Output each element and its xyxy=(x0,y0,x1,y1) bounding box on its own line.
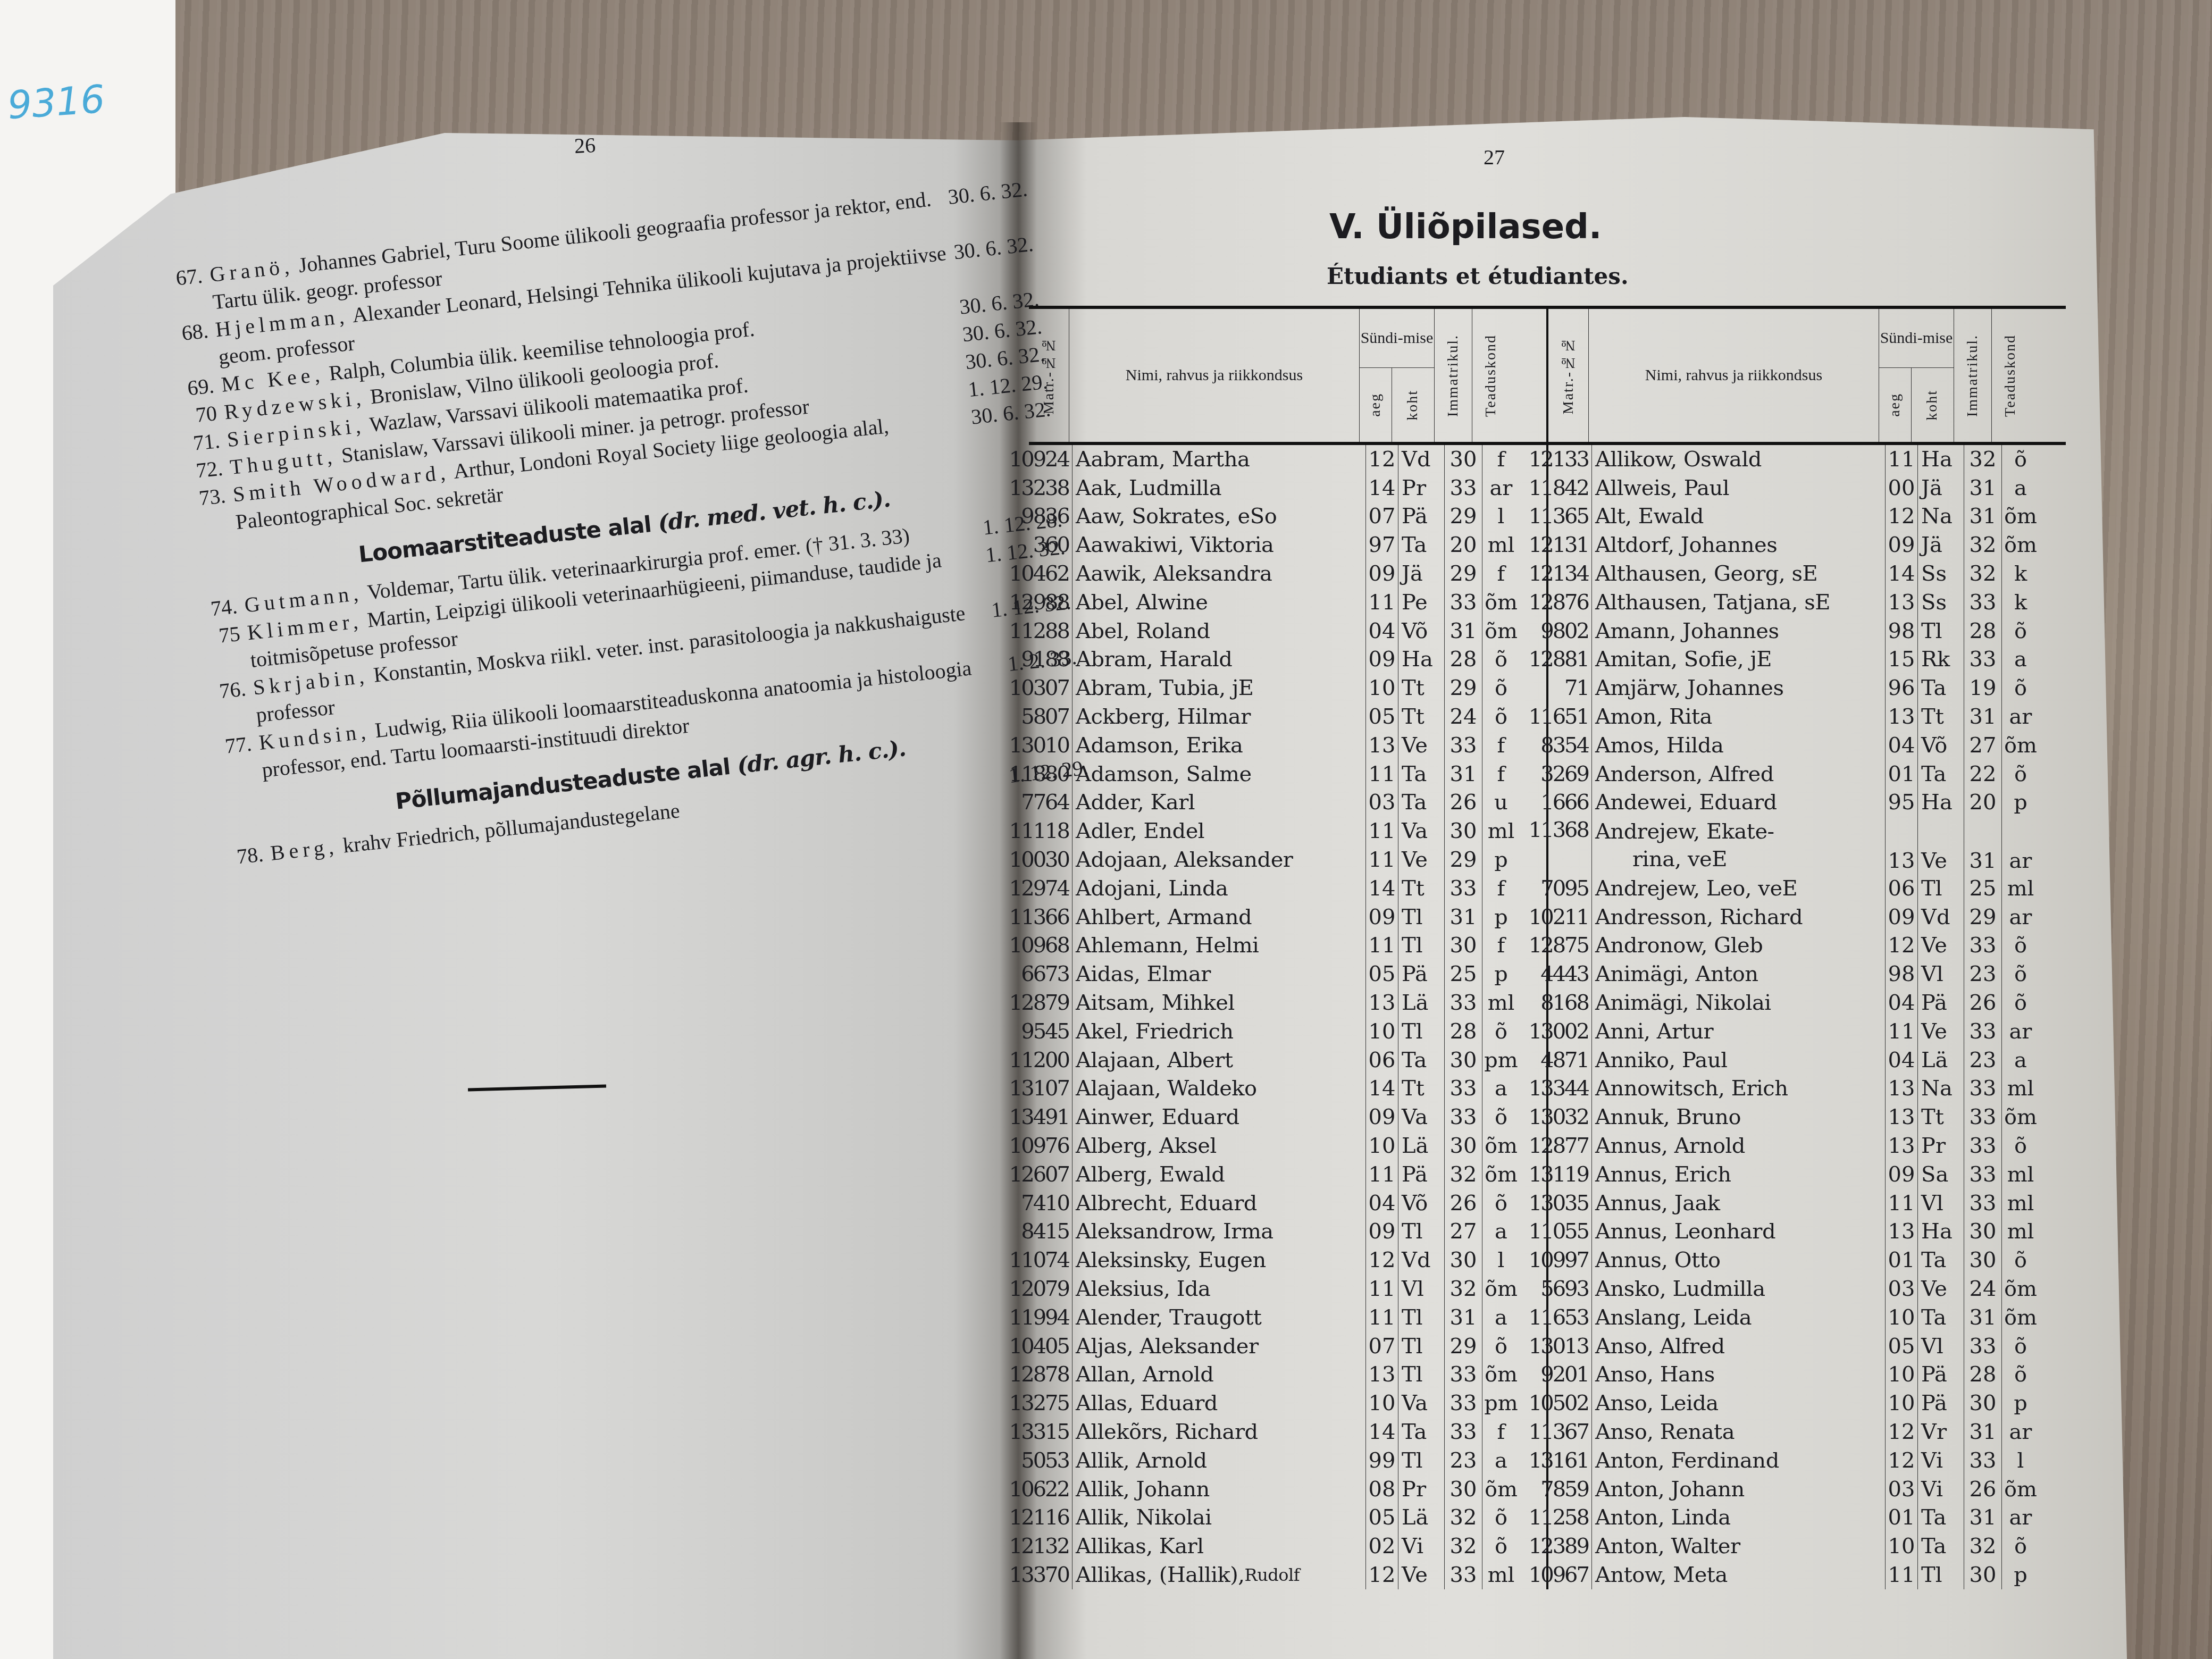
table-body: 10924Aabram, Martha12Vd30f13238Aak, Ludm… xyxy=(1029,445,2066,1589)
cell-name: Allik, Nikolai xyxy=(1073,1503,1366,1532)
cell-name: Andewei, Eduard xyxy=(1592,789,1886,817)
table-row: 11842Allweis, Paul00Jä31a xyxy=(1548,474,2066,502)
cell-faculty: õm xyxy=(2002,531,2039,559)
cell-birth-place: Va xyxy=(1398,1103,1445,1132)
cell-name: Amann, Johannes xyxy=(1592,617,1886,646)
cell-birth-place: Lä xyxy=(1398,988,1445,1017)
cell-birth-year: 99 xyxy=(1366,1446,1398,1475)
cell-immatriculation: 29 xyxy=(1445,674,1482,702)
cell-matr-number: 12132 xyxy=(1029,1532,1073,1561)
cell-birth-place: Vl xyxy=(1918,1189,1964,1218)
cell-faculty: õm xyxy=(2002,1303,2039,1332)
cell-immatriculation: 33 xyxy=(1445,988,1482,1017)
cell-immatriculation: 30 xyxy=(1445,445,1482,474)
cell-immatriculation: 27 xyxy=(1445,1218,1482,1246)
cell-name: Altdorf, Johannes xyxy=(1592,531,1886,559)
table-row: 12079Aleksius, Ida11Vl32õm xyxy=(1029,1275,1546,1303)
cell-faculty: ar xyxy=(2002,702,2039,731)
name-text: Akel, Friedrich xyxy=(1076,1019,1234,1044)
cell-faculty: f xyxy=(1482,559,1520,588)
cell-matr-number: 13275 xyxy=(1029,1389,1073,1418)
table-row: 12116Allik, Nikolai05Lä32õ xyxy=(1029,1503,1546,1532)
cell-birth-place: Vd xyxy=(1398,1246,1445,1275)
cell-immatriculation: 30 xyxy=(1964,1246,2002,1275)
name-text: Aak, Ludmilla xyxy=(1076,476,1221,500)
table-row: 12131Altdorf, Johannes09Jä32õm xyxy=(1548,531,2066,559)
name-text: Anso, Leida xyxy=(1595,1391,1719,1415)
name-text: Allik, Arnold xyxy=(1076,1448,1207,1473)
cell-birth-year: 10 xyxy=(1886,1303,1918,1332)
cell-birth-place: Võ xyxy=(1398,617,1445,646)
cell-faculty: p xyxy=(1482,960,1520,988)
cell-birth-year: 13 xyxy=(1886,1075,1918,1103)
name-text: Allan, Arnold xyxy=(1076,1362,1213,1387)
left-page-content: 67.Granö, Johannes Gabriel, Turu Soome ü… xyxy=(154,128,1090,873)
cell-faculty: ar xyxy=(2002,1503,2039,1532)
cell-name: Allikas, (Hallik), Rudolf xyxy=(1073,1561,1366,1589)
cell-birth-place: Ha xyxy=(1918,445,1964,474)
cell-faculty: f xyxy=(1482,445,1520,474)
cell-matr-number: 12875 xyxy=(1548,932,1592,960)
cell-immatriculation: 30 xyxy=(1445,1132,1482,1160)
cell-name: Animägi, Nikolai xyxy=(1592,988,1886,1017)
name-text: Anton, Ferdinand xyxy=(1595,1448,1779,1473)
table-row: 13275Allas, Eduard10Va33pm xyxy=(1029,1389,1546,1418)
cell-matr-number: 12877 xyxy=(1548,1132,1592,1160)
cell-matr-number: 9201 xyxy=(1548,1361,1592,1389)
cell-name: Abel, Roland xyxy=(1073,617,1366,646)
cell-name: Anslang, Leida xyxy=(1592,1303,1886,1332)
cell-immatriculation: 31 xyxy=(1445,903,1482,932)
cell-birth-place: Jä xyxy=(1918,531,1964,559)
cell-birth-year: 14 xyxy=(1366,874,1398,903)
header-immatrikul: Immatrikul. xyxy=(1435,309,1472,442)
name-first-small: Rudolf xyxy=(1245,1565,1300,1585)
cell-birth-year: 05 xyxy=(1366,960,1398,988)
name-text: Andronow, Gleb xyxy=(1595,933,1763,958)
cell-faculty: õ xyxy=(1482,1332,1520,1361)
header-name: Nimi, rahvus ja riikkondsus xyxy=(1069,309,1360,442)
cell-birth-place: Pä xyxy=(1918,1361,1964,1389)
cell-matr-number: 12116 xyxy=(1029,1503,1073,1532)
name-text: Ahlbert, Armand xyxy=(1076,905,1252,929)
table-row: 13119Annus, Erich09Sa33ml xyxy=(1548,1160,2066,1189)
table-row: 12133Allikow, Oswald11Ha32õ xyxy=(1548,445,2066,474)
name-text: Alberg, Aksel xyxy=(1076,1134,1217,1158)
cell-matr-number: 12131 xyxy=(1548,531,1592,559)
cell-immatriculation: 25 xyxy=(1445,960,1482,988)
name-text: Andrejew, Leo, veE xyxy=(1595,876,1797,901)
cell-matr-number: 12974 xyxy=(1029,874,1073,903)
cell-birth-year: 09 xyxy=(1366,1218,1398,1246)
cell-birth-place: Lä xyxy=(1398,1132,1445,1160)
cell-matr-number: 9188 xyxy=(1029,646,1073,674)
cell-matr-number: 11367 xyxy=(1548,1418,1592,1446)
cell-immatriculation: 29 xyxy=(1445,559,1482,588)
cell-birth-place: Ta xyxy=(1398,789,1445,817)
header-teaduskond: Teaduskond xyxy=(1992,309,2029,442)
cell-matr-number: 71 xyxy=(1548,674,1592,702)
cell-birth-place: Tt xyxy=(1918,702,1964,731)
cell-immatriculation: 31 xyxy=(1445,617,1482,646)
table-row: 5693Ansko, Ludmilla03Ve24õm xyxy=(1548,1275,2066,1303)
cell-faculty: õ xyxy=(2002,932,2039,960)
cell-immatriculation: 33 xyxy=(1964,932,2002,960)
cell-name: Aidas, Elmar xyxy=(1073,960,1366,988)
table-row: 12875Andronow, Gleb12Ve33õ xyxy=(1548,932,2066,960)
cell-matr-number: 13491 xyxy=(1029,1103,1073,1132)
cell-birth-year: 04 xyxy=(1366,617,1398,646)
cell-immatriculation: 26 xyxy=(1964,1475,2002,1504)
cell-faculty: ml xyxy=(2002,874,2039,903)
header-teaduskond: Teaduskond xyxy=(1472,309,1510,442)
cell-birth-place: Lä xyxy=(1398,1503,1445,1532)
right-page-number: 27 xyxy=(1484,145,1505,170)
name-text: Anslang, Leida xyxy=(1595,1305,1752,1330)
cell-name: Anso, Leida xyxy=(1592,1389,1886,1418)
cell-birth-year: 14 xyxy=(1366,474,1398,502)
cell-immatriculation: 33 xyxy=(1445,1075,1482,1103)
cell-matr-number: 11653 xyxy=(1548,1303,1592,1332)
cell-birth-place: Sa xyxy=(1918,1160,1964,1189)
name-text: Alajaan, Albert xyxy=(1076,1048,1233,1073)
cell-faculty: õ xyxy=(2002,1246,2039,1275)
name-text: Abram, Harald xyxy=(1076,647,1232,672)
entry-number: 77. xyxy=(208,729,261,762)
cell-name: Amitan, Sofie, jE xyxy=(1592,646,1886,674)
cell-birth-place: Tt xyxy=(1398,1075,1445,1103)
name-text: Annowitsch, Erich xyxy=(1595,1076,1788,1101)
cell-faculty: p xyxy=(2002,1389,2039,1418)
cell-name: Aitsam, Mihkel xyxy=(1073,988,1366,1017)
cell-name: Aabram, Martha xyxy=(1073,445,1366,474)
cell-immatriculation: 30 xyxy=(1964,1218,2002,1246)
cell-name: Andrejew, Ekate-rina, veE xyxy=(1592,817,1886,874)
cell-faculty: ar xyxy=(2002,1017,2039,1046)
table-row: 360Aawakiwi, Viktoria97Ta20ml xyxy=(1029,531,1546,559)
cell-faculty: õ xyxy=(2002,445,2039,474)
cell-birth-year: 03 xyxy=(1366,789,1398,817)
table-row: 10997Annus, Otto01Ta30õ xyxy=(1548,1246,2066,1275)
cell-birth-place: Pr xyxy=(1398,1475,1445,1504)
cell-immatriculation: 30 xyxy=(1964,1389,2002,1418)
cell-matr-number: 12134 xyxy=(1548,559,1592,588)
cell-birth-year: 10 xyxy=(1366,1017,1398,1046)
cell-birth-year: 13 xyxy=(1366,1361,1398,1389)
cell-matr-number: 5807 xyxy=(1029,702,1073,731)
table-row: 10622Allik, Johann08Pr30õm xyxy=(1029,1475,1546,1504)
table-row: 13013Anso, Alfred05Vl33õ xyxy=(1548,1332,2066,1361)
table-row: 13491Ainwer, Eduard09Va33õ xyxy=(1029,1103,1546,1132)
table-row: 7859Anton, Johann03Vi26õm xyxy=(1548,1475,2066,1504)
cell-name: Ackberg, Hilmar xyxy=(1073,702,1366,731)
cell-birth-place: Tl xyxy=(1398,1332,1445,1361)
cell-birth-year: 13 xyxy=(1366,731,1398,760)
cell-birth-year: 11 xyxy=(1886,1017,1918,1046)
cell-immatriculation: 32 xyxy=(1964,559,2002,588)
name-line-1: Andrejew, Ekate- xyxy=(1595,818,1774,845)
table-row: 13032Annuk, Bruno13Tt33õm xyxy=(1548,1103,2066,1132)
cell-faculty: u xyxy=(1482,789,1520,817)
cell-birth-year: 07 xyxy=(1366,1332,1398,1361)
name-text: Albrecht, Eduard xyxy=(1076,1191,1257,1216)
name-text: Ackberg, Hilmar xyxy=(1076,705,1251,729)
cell-name: Ainwer, Eduard xyxy=(1073,1103,1366,1132)
table-row: 12878Allan, Arnold13Tl33õm xyxy=(1029,1361,1546,1389)
cell-matr-number: 11368 xyxy=(1548,816,1592,875)
cell-matr-number: 11366 xyxy=(1029,903,1073,932)
cell-matr-number: 7095 xyxy=(1548,874,1592,903)
cell-faculty: pm xyxy=(1482,1389,1520,1418)
name-text: Aleksius, Ida xyxy=(1076,1277,1210,1301)
table-row: 11200Alajaan, Albert06Ta30pm xyxy=(1029,1046,1546,1075)
cell-birth-place: Pä xyxy=(1398,960,1445,988)
cell-matr-number: 7859 xyxy=(1548,1475,1592,1504)
cell-birth-place: Va xyxy=(1398,1389,1445,1418)
cell-birth-place: Pe xyxy=(1398,588,1445,617)
cell-immatriculation: 28 xyxy=(1964,617,2002,646)
cell-matr-number: 9802 xyxy=(1548,617,1592,646)
cell-name: Ansko, Ludmilla xyxy=(1592,1275,1886,1303)
header-aeg: aeg xyxy=(1360,368,1392,442)
cell-name: Albrecht, Eduard xyxy=(1073,1189,1366,1218)
cell-immatriculation: 33 xyxy=(1964,1075,2002,1103)
name-text: Allik, Nikolai xyxy=(1076,1505,1211,1530)
cell-matr-number: 11074 xyxy=(1029,1246,1073,1275)
cell-immatriculation: 32 xyxy=(1964,531,2002,559)
table-row: 10924Aabram, Martha12Vd30f xyxy=(1029,445,1546,474)
name-text: Abel, Alwine xyxy=(1076,590,1208,615)
name-text: Amjärw, Johannes xyxy=(1595,676,1784,700)
cell-faculty: f xyxy=(1482,932,1520,960)
cell-immatriculation: 30 xyxy=(1445,1475,1482,1504)
cell-birth-place: Tl xyxy=(1918,1561,1964,1589)
cell-birth-place: Ve xyxy=(1918,1275,1964,1303)
cell-matr-number: 10967 xyxy=(1548,1561,1592,1589)
cell-name: Aawik, Aleksandra xyxy=(1073,559,1366,588)
cell-name: Aaw, Sokrates, eSo xyxy=(1073,502,1366,531)
cell-name: Annus, Jaak xyxy=(1592,1189,1886,1218)
cell-name: Annus, Leonhard xyxy=(1592,1218,1886,1246)
table-row: 12389Anton, Walter10Ta32õ xyxy=(1548,1532,2066,1561)
cell-name: Abram, Harald xyxy=(1073,646,1366,674)
table-row: 10405Aljas, Aleksander07Tl29õ xyxy=(1029,1332,1546,1361)
cell-birth-place: Vi xyxy=(1918,1446,1964,1475)
cell-matr-number: 13035 xyxy=(1548,1189,1592,1218)
name-text: Amon, Rita xyxy=(1595,705,1712,729)
name-text: Allikas, Karl xyxy=(1076,1534,1203,1559)
header-aeg: aeg xyxy=(1879,368,1912,442)
cell-immatriculation: 32 xyxy=(1445,1275,1482,1303)
cell-matr-number: 6673 xyxy=(1029,960,1073,988)
cell-immatriculation: 33 xyxy=(1964,1017,2002,1046)
cell-faculty: k xyxy=(2002,559,2039,588)
cell-immatriculation: 19 xyxy=(1964,674,2002,702)
cell-name: Allweis, Paul xyxy=(1592,474,1886,502)
cell-birth-year: 12 xyxy=(1886,932,1918,960)
cell-faculty: p xyxy=(1482,903,1520,932)
cell-immatriculation: 30 xyxy=(1445,932,1482,960)
cell-birth-year: 06 xyxy=(1886,874,1918,903)
table-row: 5053Allik, Arnold99Tl23a xyxy=(1029,1446,1546,1475)
cell-faculty: õm xyxy=(2002,1275,2039,1303)
cell-immatriculation: 31 xyxy=(1964,1303,2002,1332)
cell-immatriculation: 33 xyxy=(1445,1389,1482,1418)
cell-immatriculation: 20 xyxy=(1964,789,2002,817)
cell-name: Aak, Ludmilla xyxy=(1073,474,1366,502)
cell-immatriculation: 27 xyxy=(1964,731,2002,760)
cell-faculty: õ xyxy=(1482,646,1520,674)
table-row: 13002Anni, Artur11Ve33ar xyxy=(1548,1017,2066,1046)
table-row: 10968Ahlemann, Helmi11Tl30f xyxy=(1029,932,1546,960)
cell-faculty: õ xyxy=(1482,702,1520,731)
cell-faculty: ml xyxy=(2002,1189,2039,1218)
cell-immatriculation: 33 xyxy=(1445,874,1482,903)
cell-birth-place: Tt xyxy=(1398,874,1445,903)
cell-birth-place: Tl xyxy=(1398,1017,1445,1046)
name-text: Alt, Ewald xyxy=(1595,504,1704,529)
table-row: 4443Animägi, Anton98Vl23õ xyxy=(1548,960,2066,988)
table-row: 12974Adojani, Linda14Tt33f xyxy=(1029,874,1546,903)
cell-immatriculation: 33 xyxy=(1445,1561,1482,1589)
cell-immatriculation: 22 xyxy=(1964,760,2002,789)
name-text: Anso, Hans xyxy=(1595,1362,1715,1387)
cell-birth-year: 04 xyxy=(1886,1046,1918,1075)
table-row: 10976Alberg, Aksel10Lä30õm xyxy=(1029,1132,1546,1160)
cell-birth-year: 13 xyxy=(1886,588,1918,617)
cell-birth-year: 11 xyxy=(1366,817,1398,845)
table-row: 9201Anso, Hans10Pä28õ xyxy=(1548,1361,2066,1389)
cell-birth-year: 11 xyxy=(1366,1303,1398,1332)
name-text: Abel, Roland xyxy=(1076,619,1210,643)
table-row: 11653Anslang, Leida10Ta31õm xyxy=(1548,1303,2066,1332)
cell-matr-number: 11055 xyxy=(1548,1218,1592,1246)
cell-name: Amjärw, Johannes xyxy=(1592,674,1886,702)
cell-birth-year: 04 xyxy=(1366,1189,1398,1218)
table-row: 10462Aawik, Aleksandra09Jä29f xyxy=(1029,559,1546,588)
cell-immatriculation: 32 xyxy=(1445,1503,1482,1532)
name-text: Animägi, Anton xyxy=(1595,962,1758,986)
cell-faculty: õ xyxy=(1482,674,1520,702)
table-row: 71Amjärw, Johannes96Ta19õ xyxy=(1548,674,2066,702)
cell-name: Adamson, Erika xyxy=(1073,731,1366,760)
cell-immatriculation: 33 xyxy=(1964,1160,2002,1189)
name-text: Anton, Johann xyxy=(1595,1477,1745,1502)
cell-name: Anso, Hans xyxy=(1592,1361,1886,1389)
name-text: Altdorf, Johannes xyxy=(1595,533,1777,557)
cell-birth-year: 09 xyxy=(1366,1103,1398,1132)
cell-matr-number: 4443 xyxy=(1548,960,1592,988)
cell-birth-year: 95 xyxy=(1886,789,1918,817)
table-row: 11366Ahlbert, Armand09Tl31p xyxy=(1029,903,1546,932)
cell-name: Aawakiwi, Viktoria xyxy=(1073,531,1366,559)
cell-immatriculation: 33 xyxy=(1445,474,1482,502)
table-header: Matr.-№№ Nimi, rahvus ja riikkondsus Sün… xyxy=(1029,306,2066,445)
cell-name: Annus, Erich xyxy=(1592,1160,1886,1189)
cell-birth-year: 10 xyxy=(1886,1389,1918,1418)
cell-immatriculation: 25 xyxy=(1964,874,2002,903)
table-row: 11994Alender, Traugott11Tl31a xyxy=(1029,1303,1546,1332)
page-title: V. Üliõpilased. xyxy=(1329,207,1602,247)
cell-name: Annus, Otto xyxy=(1592,1246,1886,1275)
cell-matr-number: 13010 xyxy=(1029,731,1073,760)
cell-name: Antow, Meta xyxy=(1592,1561,1886,1589)
name-text: Andewei, Eduard xyxy=(1595,790,1777,815)
cell-faculty: a xyxy=(2002,474,2039,502)
cell-birth-year: 11 xyxy=(1366,1160,1398,1189)
cell-birth-year: 11 xyxy=(1366,588,1398,617)
table-row: 12134Althausen, Georg, sE14Ss32k xyxy=(1548,559,2066,588)
cell-birth-year: 12 xyxy=(1886,502,1918,531)
cell-immatriculation: 26 xyxy=(1964,988,2002,1017)
cell-immatriculation: 28 xyxy=(1445,646,1482,674)
cell-matr-number: 12879 xyxy=(1029,988,1073,1017)
header-sundimise: Sündi-mise aeg koht xyxy=(1360,309,1435,442)
cell-matr-number: 3269 xyxy=(1548,760,1592,789)
cell-birth-place: Ta xyxy=(1398,531,1445,559)
table-row: 13010Adamson, Erika13Ve33f xyxy=(1029,731,1546,760)
name-text: Anniko, Paul xyxy=(1595,1048,1727,1073)
cell-faculty: õm xyxy=(1482,1275,1520,1303)
cell-birth-place: Ta xyxy=(1398,1418,1445,1446)
cell-immatriculation: 33 xyxy=(1964,1132,2002,1160)
cell-birth-place: Vi xyxy=(1398,1532,1445,1561)
cell-immatriculation: 29 xyxy=(1964,903,2002,932)
table-column-left: 10924Aabram, Martha12Vd30f13238Aak, Ludm… xyxy=(1029,445,1546,1589)
cell-faculty: õ xyxy=(1482,1503,1520,1532)
cell-birth-place: Pä xyxy=(1398,1160,1445,1189)
cell-name: Annuk, Bruno xyxy=(1592,1103,1886,1132)
cell-immatriculation: 29 xyxy=(1445,502,1482,531)
cell-birth-year: 03 xyxy=(1886,1475,1918,1504)
cell-matr-number: 10405 xyxy=(1029,1332,1073,1361)
cell-matr-number: 11994 xyxy=(1029,1303,1073,1332)
cell-immatriculation: 33 xyxy=(1964,1332,2002,1361)
cell-matr-number: 13238 xyxy=(1029,474,1073,502)
cell-immatriculation: 30 xyxy=(1964,1561,2002,1589)
cell-matr-number: 10976 xyxy=(1029,1132,1073,1160)
cell-birth-place: Ss xyxy=(1918,559,1964,588)
table-row: 11288Abel, Roland04Võ31õm xyxy=(1029,617,1546,646)
header-immatrikul: Immatrikul. xyxy=(1954,309,1992,442)
cell-name: Alender, Traugott xyxy=(1073,1303,1366,1332)
table-row: 8354Amos, Hilda04Võ27õm xyxy=(1548,731,2066,760)
name-text: Aidas, Elmar xyxy=(1076,962,1211,986)
cell-matr-number: 9545 xyxy=(1029,1017,1073,1046)
table-row: 11651Amon, Rita13Tt31ar xyxy=(1548,702,2066,731)
entry-number: 68. xyxy=(164,316,217,349)
cell-birth-place: Ta xyxy=(1918,1303,1964,1332)
cell-matr-number: 8168 xyxy=(1548,988,1592,1017)
cell-matr-number: 13107 xyxy=(1029,1075,1073,1103)
cell-birth-place: Va xyxy=(1398,817,1445,845)
cell-faculty: f xyxy=(1482,874,1520,903)
name-text: Anton, Walter xyxy=(1595,1534,1740,1559)
cell-matr-number: 8415 xyxy=(1029,1218,1073,1246)
cell-birth-year: 05 xyxy=(1886,1332,1918,1361)
cell-birth-year: 96 xyxy=(1886,674,1918,702)
name-text: Aleksandrow, Irma xyxy=(1076,1219,1273,1244)
table-row: 11118Adler, Endel11Va30ml xyxy=(1029,817,1546,845)
cell-birth-place: Vd xyxy=(1398,445,1445,474)
cell-birth-year: 04 xyxy=(1886,731,1918,760)
cell-birth-year: 07 xyxy=(1366,502,1398,531)
cell-matr-number: 10211 xyxy=(1548,903,1592,932)
cell-immatriculation: 33 xyxy=(1445,1103,1482,1132)
cell-immatriculation: 31 xyxy=(1445,760,1482,789)
cell-name: Alberg, Ewald xyxy=(1073,1160,1366,1189)
name-text: Aitsam, Mihkel xyxy=(1076,991,1235,1015)
